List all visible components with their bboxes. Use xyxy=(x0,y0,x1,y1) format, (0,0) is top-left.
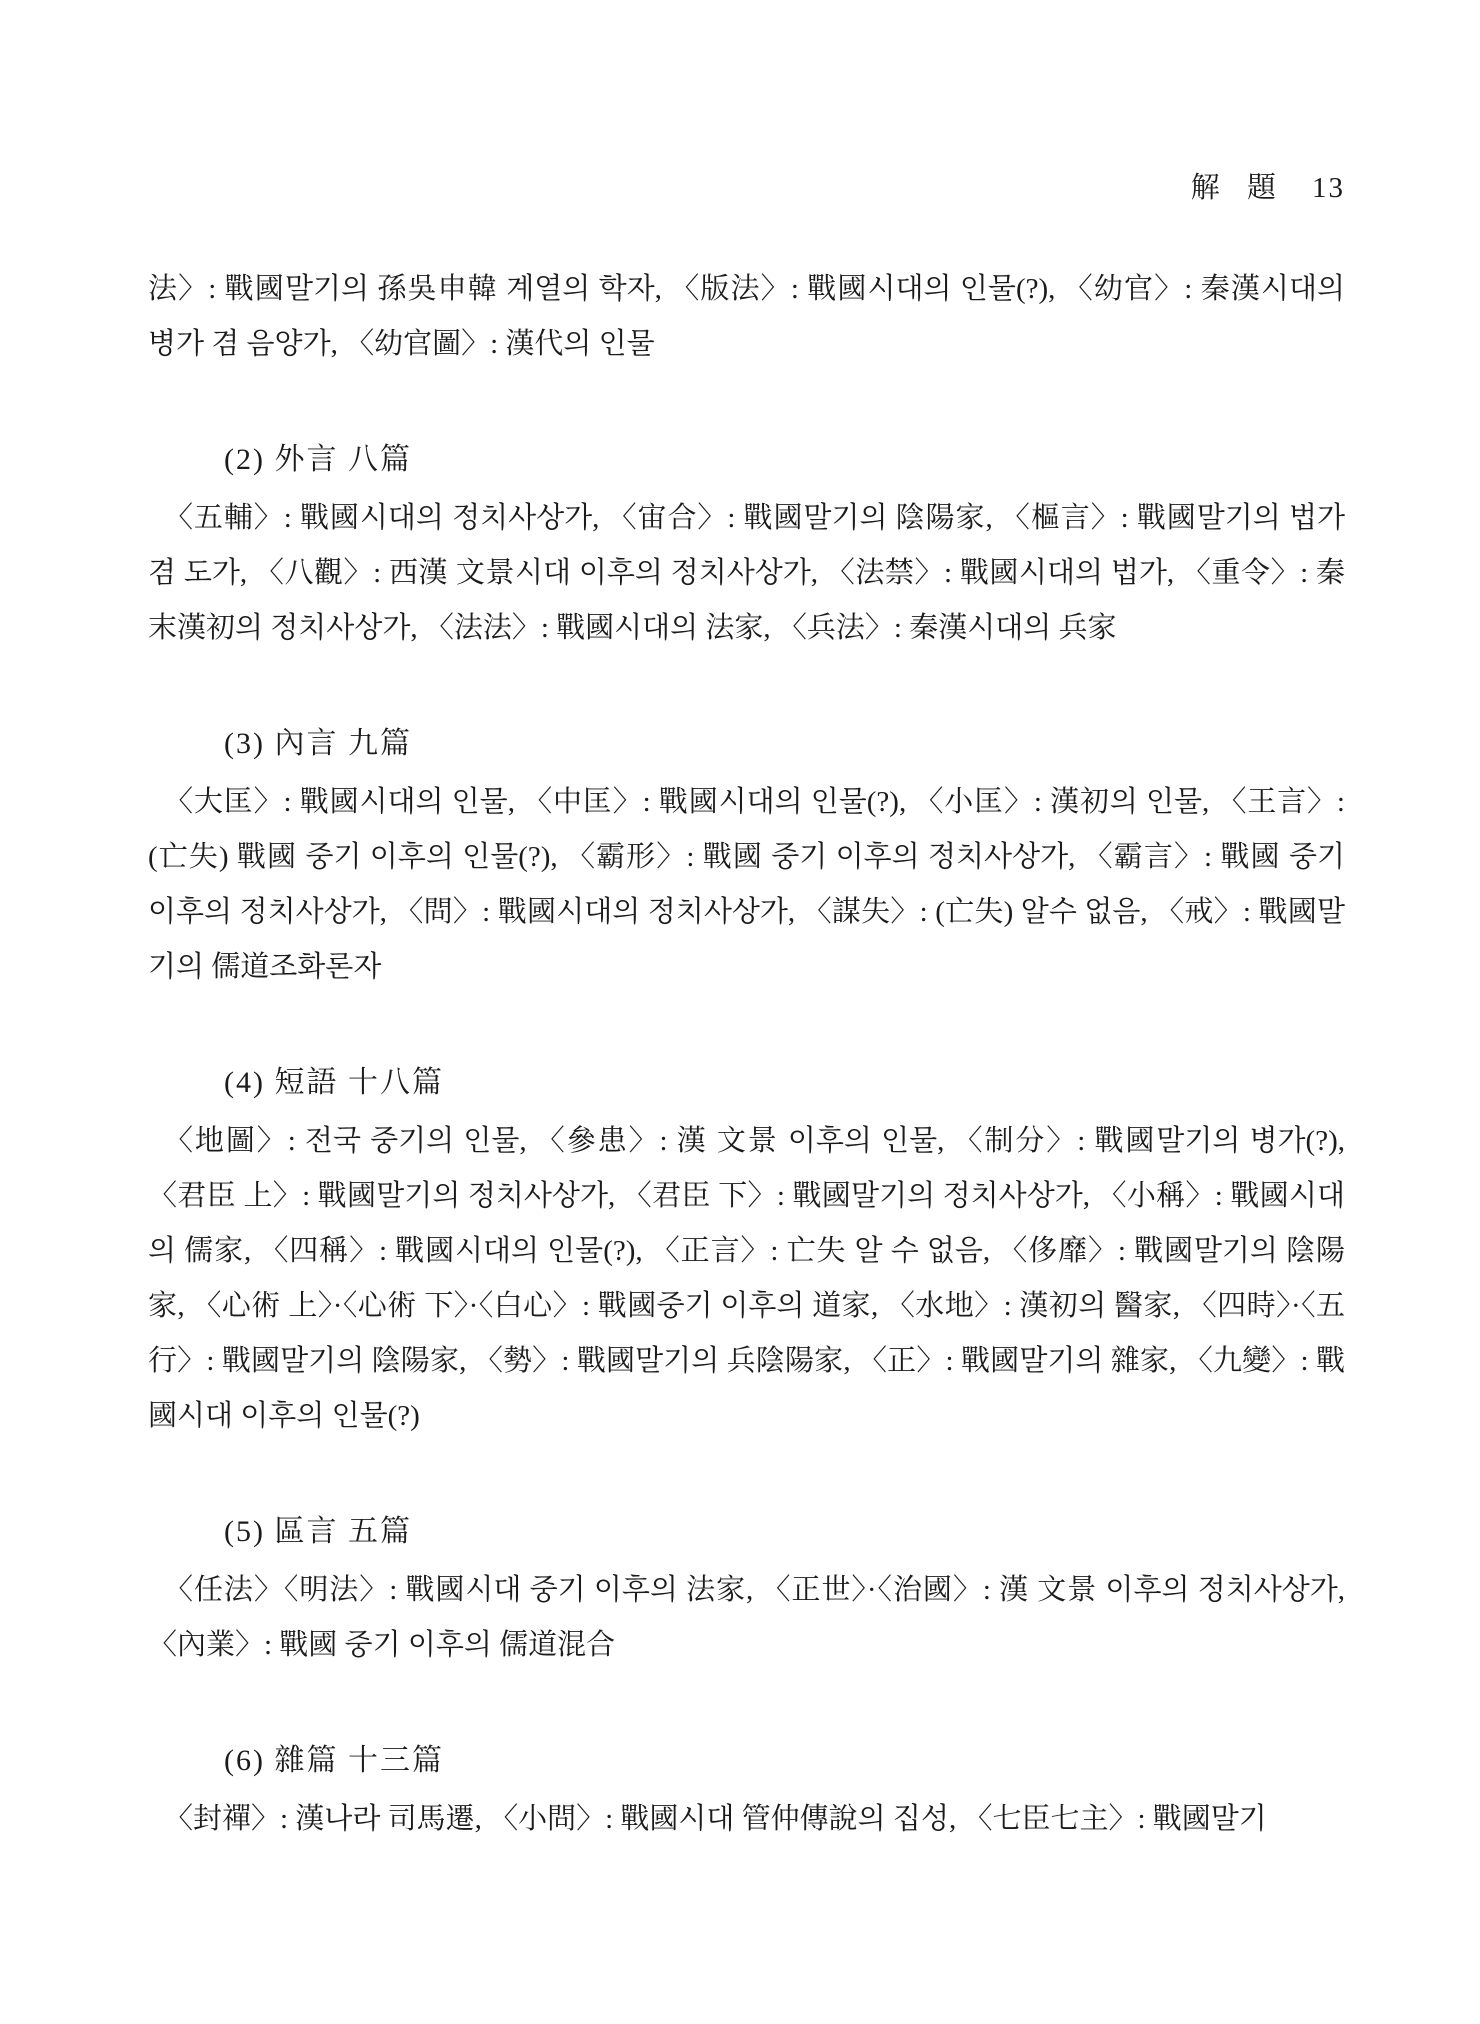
section-body-5: 〈任法〉〈明法〉: 戰國시대 중기 이후의 法家, 〈正世〉·〈治國〉: 漢 文… xyxy=(148,1563,1345,1673)
section-body-4: 〈地圖〉: 전국 중기의 인물, 〈參患〉: 漢 文景 이후의 인물, 〈制分〉… xyxy=(148,1114,1345,1444)
section-heading-5: (5) 區言 五篇 xyxy=(224,1504,1345,1559)
section-body-3: 〈大匡〉: 戰國시대의 인물, 〈中匡〉: 戰國시대의 인물(?), 〈小匡〉:… xyxy=(148,775,1345,995)
page-header: 解 題13 xyxy=(148,168,1345,208)
section-heading-6: (6) 雜篇 十三篇 xyxy=(224,1733,1345,1788)
section-heading-3: (3) 內言 九篇 xyxy=(224,716,1345,771)
page-number: 13 xyxy=(1312,172,1345,204)
section-body-6: 〈封禪〉: 漢나라 司馬遷, 〈小問〉: 戰國시대 管仲傳說의 집성, 〈七臣七… xyxy=(148,1792,1345,1847)
section-nei-yan: (3) 內言 九篇 〈大匡〉: 戰國시대의 인물, 〈中匡〉: 戰國시대의 인물… xyxy=(148,716,1345,995)
section-heading-2: (2) 外言 八篇 xyxy=(224,432,1345,487)
section-heading-4: (4) 短語 十八篇 xyxy=(224,1055,1345,1110)
intro-paragraph: 法〉: 戰國말기의 孫吳申韓 계열의 학자, 〈版法〉: 戰國시대의 인물(?)… xyxy=(148,262,1345,372)
section-body-2: 〈五輔〉: 戰國시대의 정치사상가, 〈宙合〉: 戰國말기의 陰陽家, 〈樞言〉… xyxy=(148,491,1345,656)
section-za-pian: (6) 雜篇 十三篇 〈封禪〉: 漢나라 司馬遷, 〈小問〉: 戰國시대 管仲傳… xyxy=(148,1733,1345,1847)
section-duan-yu: (4) 短語 十八篇 〈地圖〉: 전국 중기의 인물, 〈參患〉: 漢 文景 이… xyxy=(148,1055,1345,1444)
section-wai-yan: (2) 外言 八篇 〈五輔〉: 戰國시대의 정치사상가, 〈宙合〉: 戰國말기의… xyxy=(148,432,1345,656)
running-head-title: 解 題 xyxy=(1191,172,1286,204)
section-qu-yan: (5) 區言 五篇 〈任法〉〈明法〉: 戰國시대 중기 이후의 法家, 〈正世〉… xyxy=(148,1504,1345,1673)
document-page: 解 題13 法〉: 戰國말기의 孫吳申韓 계열의 학자, 〈版法〉: 戰國시대의… xyxy=(0,0,1480,2024)
